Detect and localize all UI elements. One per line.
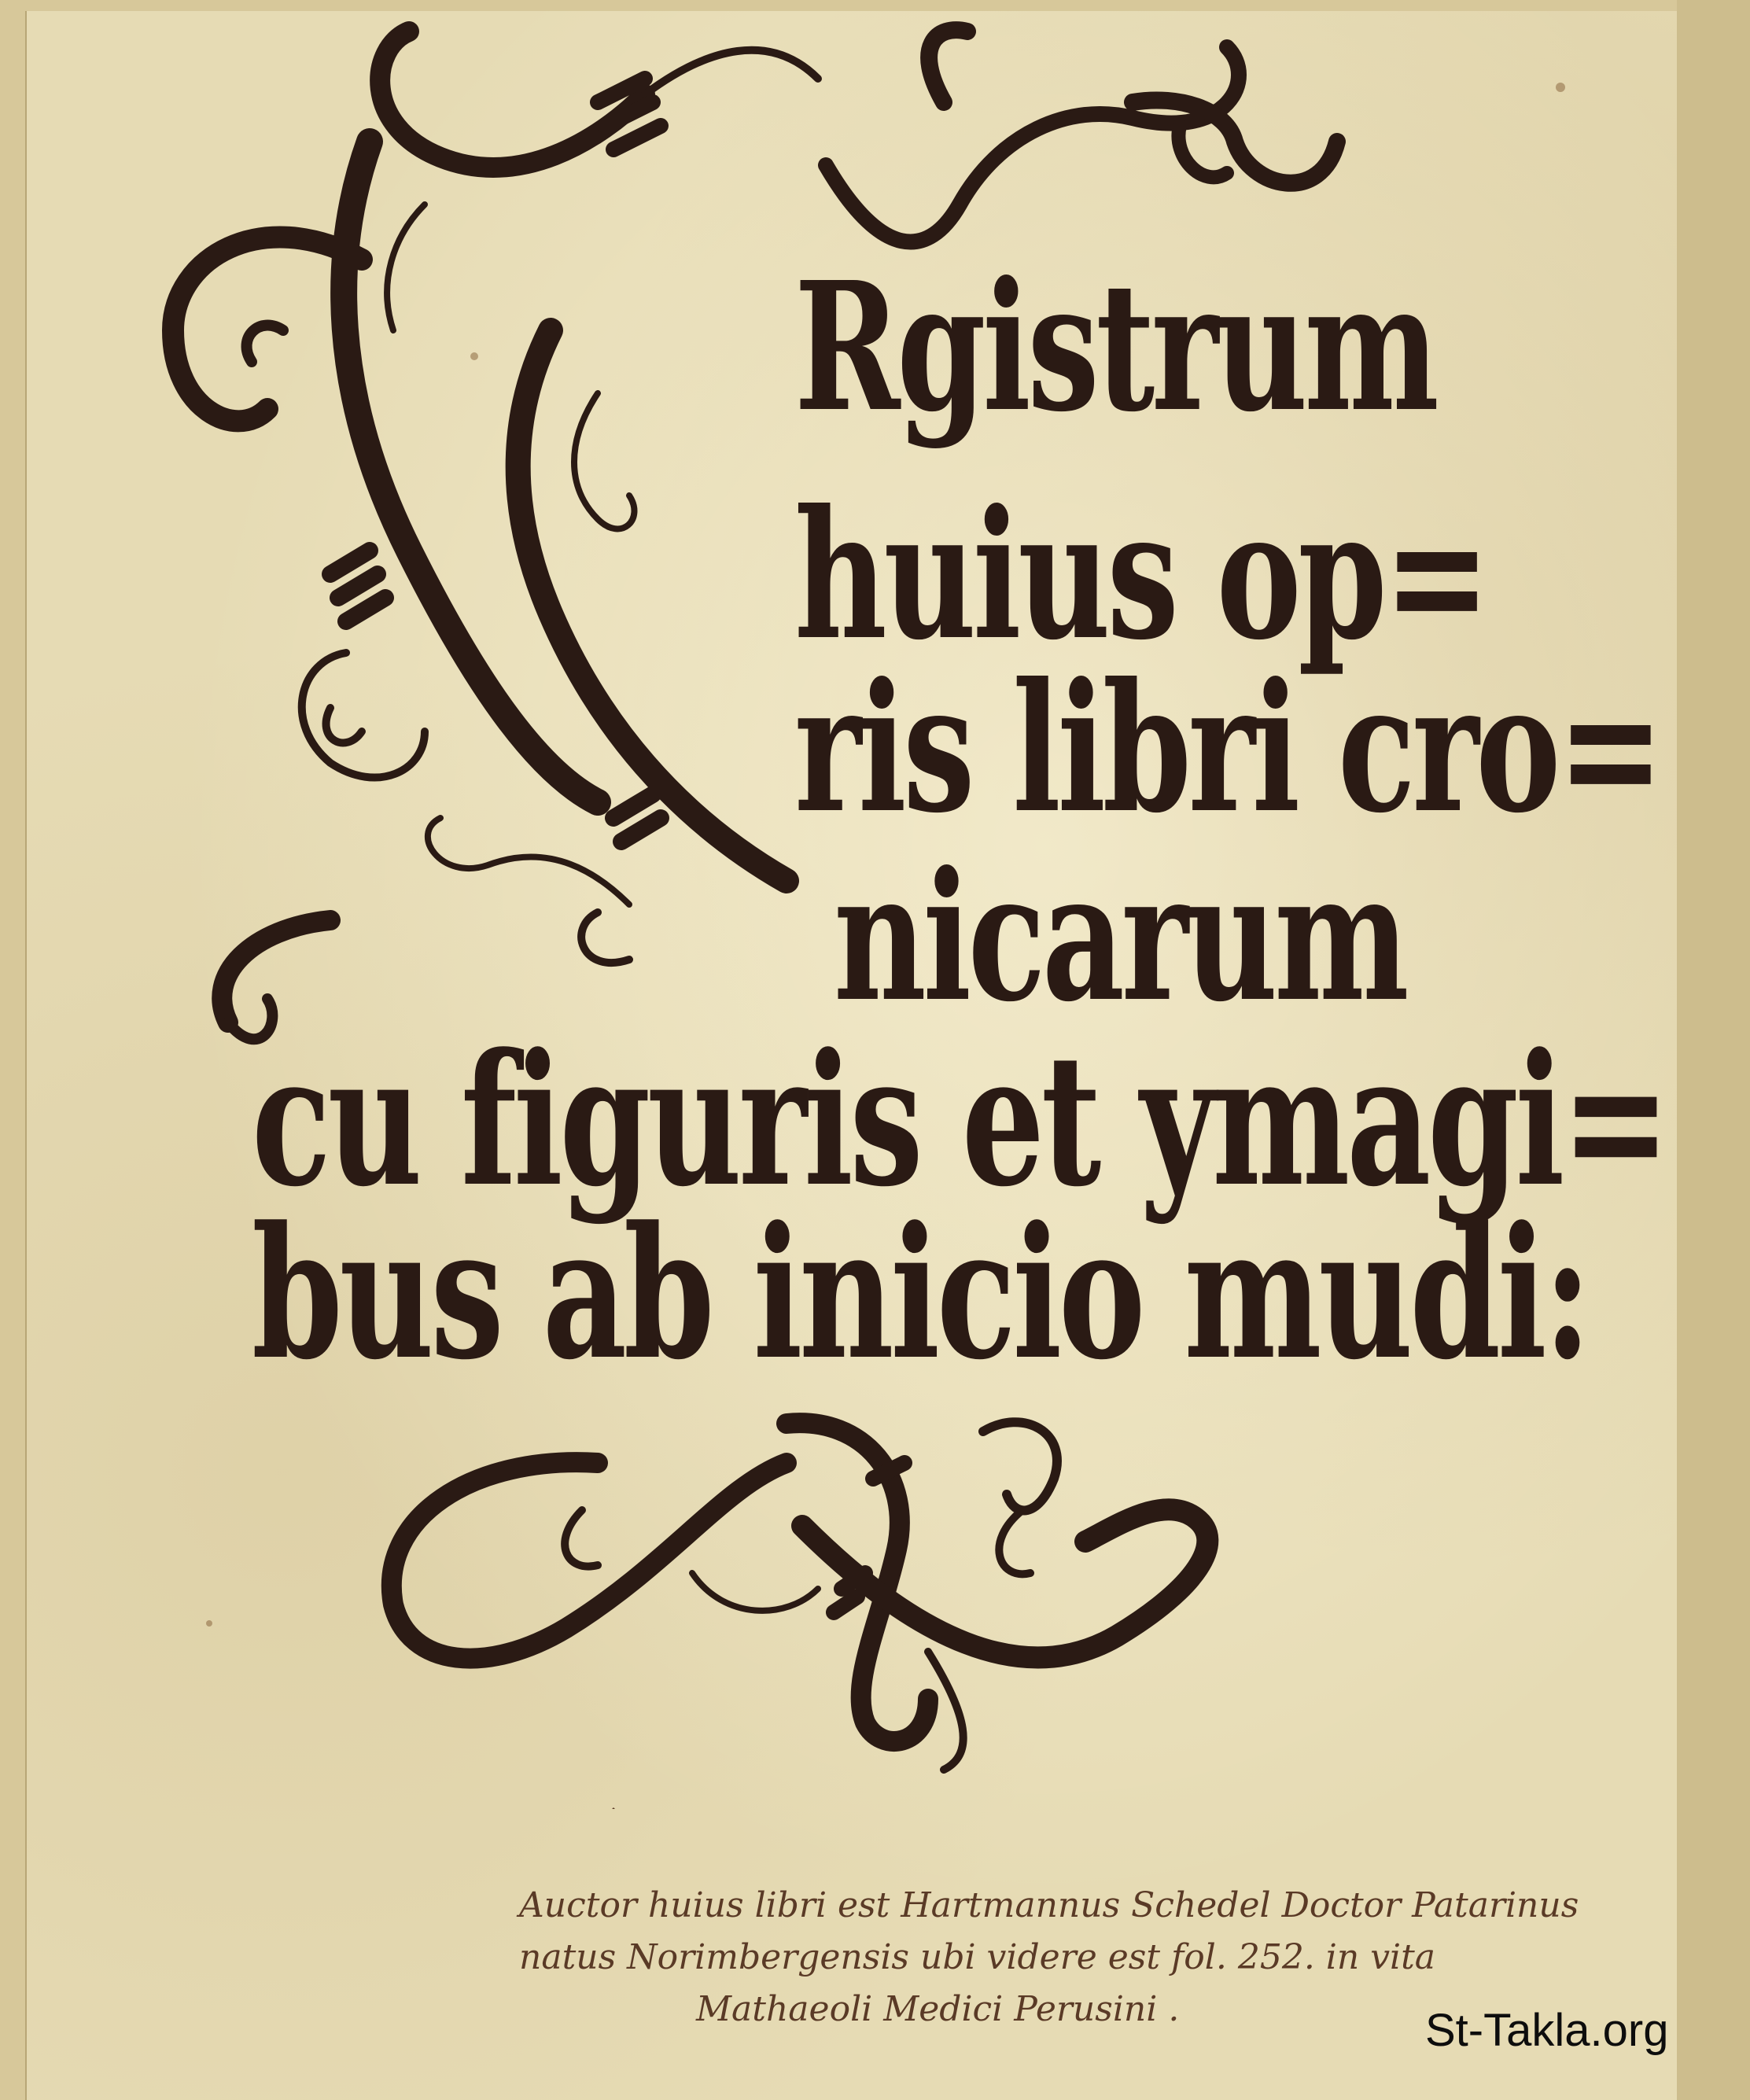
title-block: Rgistrum huius op= ris libri cro= nicaru…	[0, 0, 1750, 1730]
title-line-2: huius op=	[794, 488, 1487, 665]
note-line-2: natus Norimbergensis ubi videre est fol.…	[519, 1932, 1579, 1984]
title-line-4: nicarum	[834, 849, 1406, 1026]
title-line-1: Rgistrum	[794, 260, 1435, 437]
note-line-1: Auctor huius libri est Hartmannus Schede…	[519, 1880, 1579, 1932]
title-line-5: cu figuris et ymagi=	[252, 1030, 1667, 1211]
handwritten-note: Auctor huius libri est Hartmannus Schede…	[519, 1880, 1579, 2036]
watermark-text: St-Takla.org	[1425, 2004, 1668, 2057]
title-line-3: ris libri cro=	[794, 661, 1660, 838]
title-line-6: bus ab inicio mudi:	[252, 1203, 1588, 1384]
